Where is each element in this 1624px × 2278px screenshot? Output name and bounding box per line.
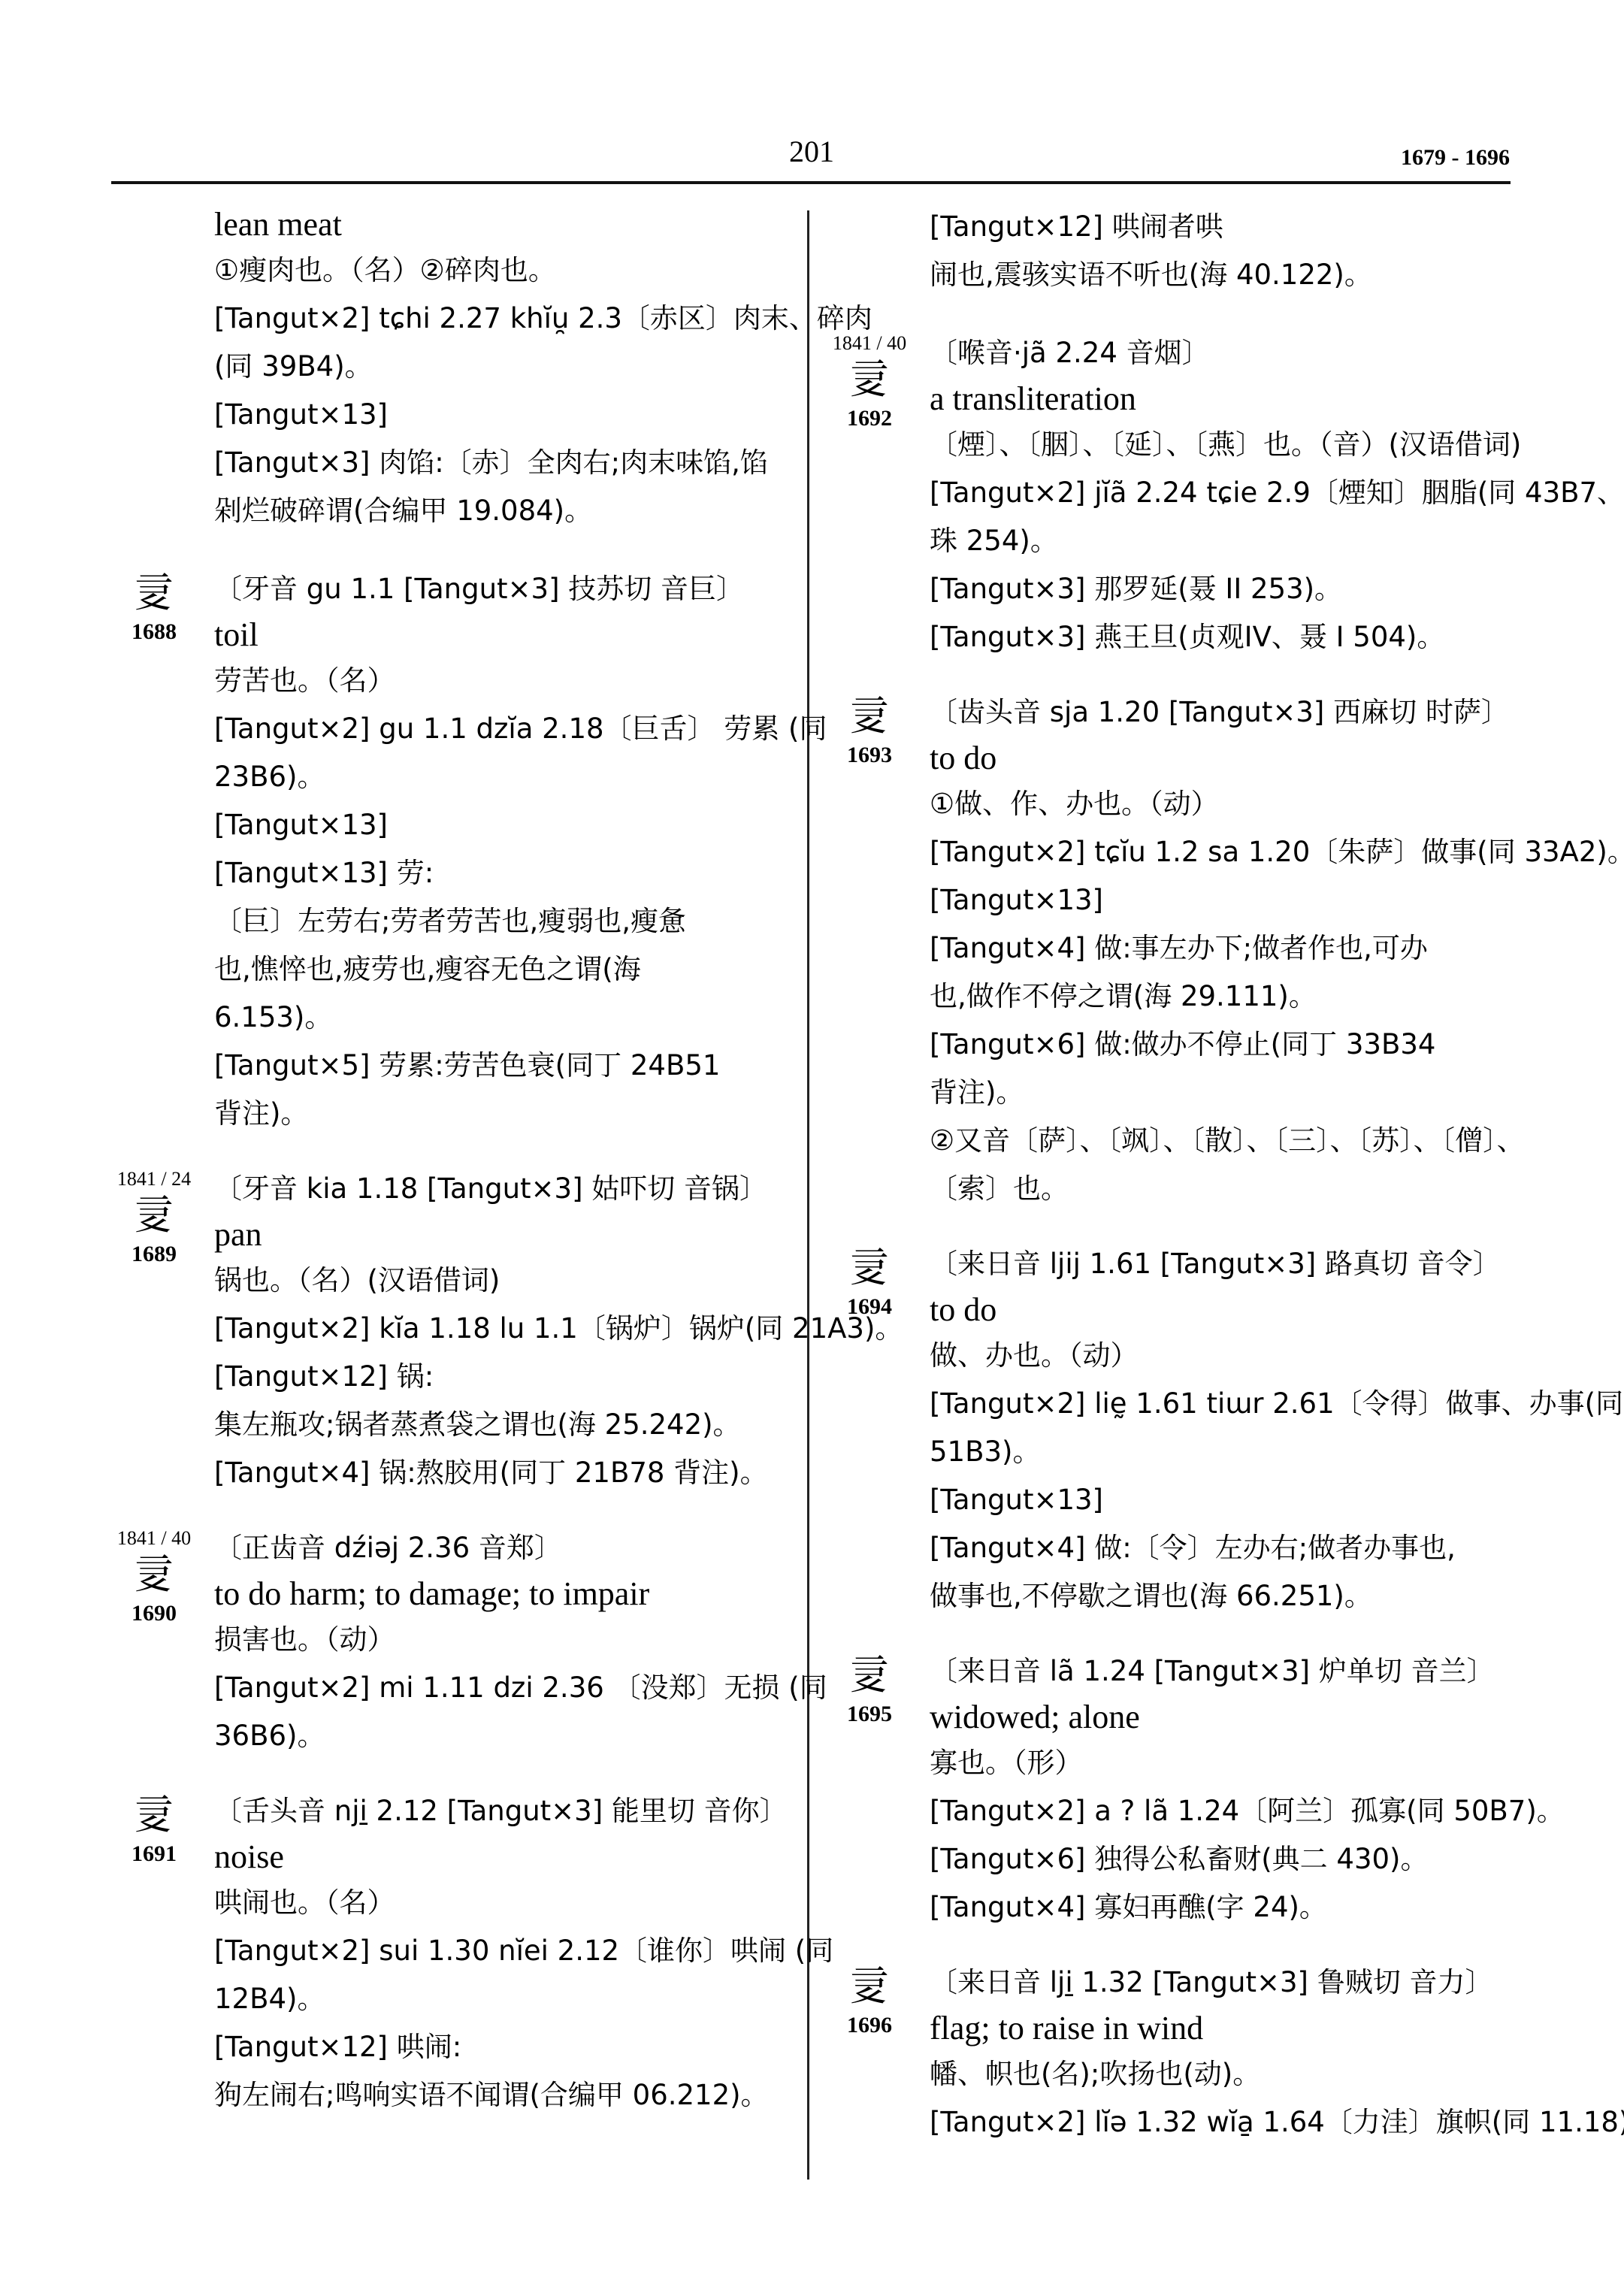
entry-number: 1694 [828, 1294, 911, 1320]
definition-line: 损害也。（动） [214, 1616, 797, 1664]
phonetic-line: 〔喉音·jã 2.24 音烟〕 [930, 329, 1514, 377]
definition-line: [Tangut×13] 劳: [214, 849, 797, 897]
entry-number: 1695 [828, 1702, 911, 1727]
english-gloss: to do [930, 1288, 1514, 1332]
entry-sidebar: 𗄀 1695 [828, 1650, 911, 1727]
definition-line: [Tangut×4] 做:〔令〕左办右;做者办事也, [930, 1524, 1514, 1572]
english-gloss: toil [214, 613, 797, 657]
definition-line: [Tangut×3] 肉馅:〔赤〕全肉右;肉末味馅,馅 [214, 439, 797, 487]
dictionary-entry-1692: 1841 / 40 𗄀 1692 〔喉音·jã 2.24 音烟〕 a trans… [828, 329, 1514, 661]
english-gloss: lean meat [214, 203, 797, 247]
definition-line: 背注)。 [930, 1069, 1514, 1117]
definition-line: [Tangut×2] a ? lã 1.24〔阿兰〕孤寡(同 50B7)。 [930, 1787, 1514, 1835]
definition-line: ①瘦肉也。（名）②碎肉也。 [214, 247, 797, 295]
english-gloss: a transliteration [930, 377, 1514, 421]
definition-line: 狗左闹右;鸣响实语不闻谓(合编甲 06.212)。 [214, 2071, 797, 2119]
english-gloss: to do harm; to damage; to impair [214, 1572, 797, 1616]
definition-line: [Tangut×6] 独得公私畜财(典二 430)。 [930, 1835, 1514, 1883]
definition-line: [Tangut×4] 寡妇再醮(字 24)。 [930, 1883, 1514, 1932]
continued-entry: lean meat ①瘦肉也。（名）②碎肉也。 [Tangut×2] tɕhi … [113, 203, 797, 535]
definition-line: [Tangut×2] jĭã 2.24 tɕie 2.9〔煙知〕胭脂(同 43B… [930, 469, 1514, 517]
definition-line: [Tangut×12] 哄闹者哄 [930, 203, 1514, 251]
phonetic-line: 〔牙音 kia 1.18 [Tangut×3] 姑吓切 音锅〕 [214, 1165, 797, 1213]
phonetic-line: 〔来日音 lã 1.24 [Tangut×3] 炉单切 音兰〕 [930, 1647, 1514, 1696]
definition-line: [Tangut×2] tɕĭu 1.2 sa 1.20〔朱萨〕做事(同 33A2… [930, 828, 1514, 876]
definition-line: 51B3)。 [930, 1428, 1514, 1476]
definition-line: ②又音〔萨〕、〔飒〕、〔散〕、〔三〕、〔苏〕、〔僧〕、 [930, 1117, 1514, 1165]
tangut-headword-icon: 𗄀 [130, 1551, 178, 1598]
english-gloss: widowed; alone [930, 1696, 1514, 1739]
entry-range: 1679 - 1696 [1401, 144, 1510, 171]
entry-sidebar: 𗄀 1694 [828, 1243, 911, 1320]
entry-sidebar: 1841 / 40 𗄀 1692 [828, 332, 911, 431]
dictionary-entry-1689: 1841 / 24 𗄀 1689 〔牙音 kia 1.18 [Tangut×3]… [113, 1165, 797, 1497]
dictionary-entry-1691: 𗄀 1691 〔舌头音 nji̱ 2.12 [Tangut×3] 能里切 音你〕… [113, 1787, 797, 2119]
cross-reference: 1841 / 40 [113, 1527, 195, 1550]
entry-sidebar: 𗄀 1691 [113, 1790, 195, 1867]
entry-number: 1690 [113, 1601, 195, 1626]
definition-line: [Tangut×5] 劳累:劳苦色衰(同丁 24B51 [214, 1042, 797, 1090]
entry-sidebar: 𗄀 1693 [828, 691, 911, 768]
definition-line: [Tangut×3] 那罗延(聂 II 253)。 [930, 565, 1514, 613]
entry-number: 1692 [828, 406, 911, 431]
definition-line: 集左瓶攻;锅者蒸煮袋之谓也(海 25.242)。 [214, 1401, 797, 1449]
right-column: [Tangut×12] 哄闹者哄 闹也,震骇实语不听也(海 40.122)。 1… [828, 203, 1514, 2174]
tangut-headword-icon: 𗄀 [130, 1192, 178, 1239]
definition-line: [Tangut×2] kĭa 1.18 lu 1.1〔锅炉〕锅炉(同 21A3)… [214, 1305, 797, 1353]
dictionary-entry-1688: 𗄀 1688 〔牙音 gu 1.1 [Tangut×3] 技苏切 音巨〕 toi… [113, 565, 797, 1138]
tangut-headword-icon: 𗄀 [845, 1245, 894, 1291]
entry-number: 1696 [828, 2013, 911, 2038]
definition-line: (同 39B4)。 [214, 343, 797, 391]
definition-line: [Tangut×2] mi 1.11 dzi 2.36 〔没郑〕无损 (同 [214, 1664, 797, 1712]
tangut-headword-icon: 𗄀 [845, 1963, 894, 2010]
definition-line: 背注)。 [214, 1090, 797, 1138]
dictionary-entry-1696: 𗄀 1696 〔来日音 lji̱ 1.32 [Tangut×3] 鲁贼切 音力〕… [828, 1959, 1514, 2146]
definition-line: 23B6)。 [214, 753, 797, 801]
definition-line: 36B6)。 [214, 1712, 797, 1760]
dictionary-entry-1695: 𗄀 1695 〔来日音 lã 1.24 [Tangut×3] 炉单切 音兰〕 w… [828, 1647, 1514, 1932]
phonetic-line: 〔正齿音 dźiəj 2.36 音郑〕 [214, 1524, 797, 1572]
definition-line: [Tangut×13] [930, 876, 1514, 924]
left-column: lean meat ①瘦肉也。（名）②碎肉也。 [Tangut×2] tɕhi … [113, 203, 797, 2146]
english-gloss: to do [930, 737, 1514, 780]
phonetic-line: 〔齿头音 sja 1.20 [Tangut×3] 西麻切 时萨〕 [930, 688, 1514, 737]
definition-line: [Tangut×13] [930, 1476, 1514, 1524]
definition-line: 6.153)。 [214, 994, 797, 1042]
definition-line: ①做、作、办也。（动） [930, 780, 1514, 828]
definition-line: 〔煙〕、〔胭〕、〔延〕、〔燕〕也。（音）(汉语借词) [930, 421, 1514, 469]
definition-line: [Tangut×2] sui 1.30 nĭei 2.12〔谁你〕哄闹 (同 [214, 1927, 797, 1975]
definition-line: 也,做作不停之谓(海 29.111)。 [930, 973, 1514, 1021]
column-divider [807, 210, 809, 2180]
definition-line: 幡、帜也(名);吹扬也(动)。 [930, 2050, 1514, 2098]
entry-sidebar: 𗄀 1696 [828, 1962, 911, 2038]
phonetic-line: 〔舌头音 nji̱ 2.12 [Tangut×3] 能里切 音你〕 [214, 1787, 797, 1835]
header-rule [111, 181, 1511, 184]
definition-line: 寡也。（形） [930, 1739, 1514, 1787]
definition-line: 剁烂破碎谓(合编甲 19.084)。 [214, 487, 797, 535]
entry-sidebar: 𗄀 1688 [113, 568, 195, 645]
english-gloss: flag; to raise in wind [930, 2007, 1514, 2050]
definition-line: 做、办也。（动） [930, 1332, 1514, 1380]
tangut-headword-icon: 𗄀 [130, 1792, 178, 1838]
cross-reference: 1841 / 40 [828, 332, 911, 355]
entry-number: 1688 [113, 619, 195, 645]
definition-line: [Tangut×2] liḛ 1.61 tiɯr 2.61〔令得〕做事、办事(同 [930, 1380, 1514, 1428]
definition-line: [Tangut×2] gu 1.1 dzĭa 2.18〔巨舌〕 劳累 (同 [214, 705, 797, 753]
entry-number: 1691 [113, 1841, 195, 1867]
tangut-headword-icon: 𗄀 [845, 356, 894, 403]
definition-line: 珠 254)。 [930, 517, 1514, 565]
dictionary-entry-1690: 1841 / 40 𗄀 1690 〔正齿音 dźiəj 2.36 音郑〕 to … [113, 1524, 797, 1760]
tangut-headword-icon: 𗄀 [845, 693, 894, 740]
definition-line: [Tangut×13] [214, 391, 797, 439]
definition-line: [Tangut×6] 做:做办不停止(同丁 33B34 [930, 1021, 1514, 1069]
definition-line: 闹也,震骇实语不听也(海 40.122)。 [930, 251, 1514, 299]
definition-line: 锅也。（名）(汉语借词) [214, 1257, 797, 1305]
tangut-headword-icon: 𗄀 [130, 570, 178, 616]
definition-line: [Tangut×12] 哄闹: [214, 2023, 797, 2071]
cross-reference: 1841 / 24 [113, 1168, 195, 1190]
definition-line: 哄闹也。（名） [214, 1879, 797, 1927]
definition-line: 12B4)。 [214, 1975, 797, 2023]
entry-sidebar: 1841 / 24 𗄀 1689 [113, 1168, 195, 1267]
definition-line: [Tangut×3] 燕王旦(贞观IV、聂 I 504)。 [930, 613, 1514, 661]
english-gloss: pan [214, 1213, 797, 1257]
definition-line: [Tangut×12] 锅: [214, 1353, 797, 1401]
entry-number: 1689 [113, 1242, 195, 1267]
definition-line: [Tangut×13] [214, 801, 797, 849]
entry-number: 1693 [828, 743, 911, 768]
definition-line: [Tangut×2] tɕhi 2.27 khĭu̯ 2.3〔赤区〕肉末、碎肉 [214, 295, 797, 343]
tangut-headword-icon: 𗄀 [845, 1652, 894, 1699]
english-gloss: noise [214, 1835, 797, 1879]
dictionary-entry-1694: 𗄀 1694 〔来日音 ljij 1.61 [Tangut×3] 路真切 音令〕… [828, 1240, 1514, 1620]
phonetic-line: 〔牙音 gu 1.1 [Tangut×3] 技苏切 音巨〕 [214, 565, 797, 613]
definition-line: [Tangut×2] lĭə 1.32 wĭa̱ 1.64〔力洼〕旗帜(同 11… [930, 2098, 1514, 2146]
phonetic-line: 〔来日音 ljij 1.61 [Tangut×3] 路真切 音令〕 [930, 1240, 1514, 1288]
definition-line: 〔索〕也。 [930, 1165, 1514, 1213]
definition-line: 〔巨〕左劳右;劳者劳苦也,瘦弱也,瘦惫 [214, 897, 797, 945]
page-number: 201 [782, 134, 842, 170]
dictionary-entry-1693: 𗄀 1693 〔齿头音 sja 1.20 [Tangut×3] 西麻切 时萨〕 … [828, 688, 1514, 1213]
definition-line: [Tangut×4] 做:事左办下;做者作也,可办 [930, 924, 1514, 973]
definition-line: [Tangut×4] 锅:熬胶用(同丁 21B78 背注)。 [214, 1449, 797, 1497]
phonetic-line: 〔来日音 lji̱ 1.32 [Tangut×3] 鲁贼切 音力〕 [930, 1959, 1514, 2007]
entry-sidebar: 1841 / 40 𗄀 1690 [113, 1527, 195, 1626]
definition-line: 也,憔悴也,疲劳也,瘦容无色之谓(海 [214, 945, 797, 994]
continued-entry: [Tangut×12] 哄闹者哄 闹也,震骇实语不听也(海 40.122)。 [828, 203, 1514, 299]
definition-line: 劳苦也。（名） [214, 657, 797, 705]
definition-line: 做事也,不停歇之谓也(海 66.251)。 [930, 1572, 1514, 1620]
